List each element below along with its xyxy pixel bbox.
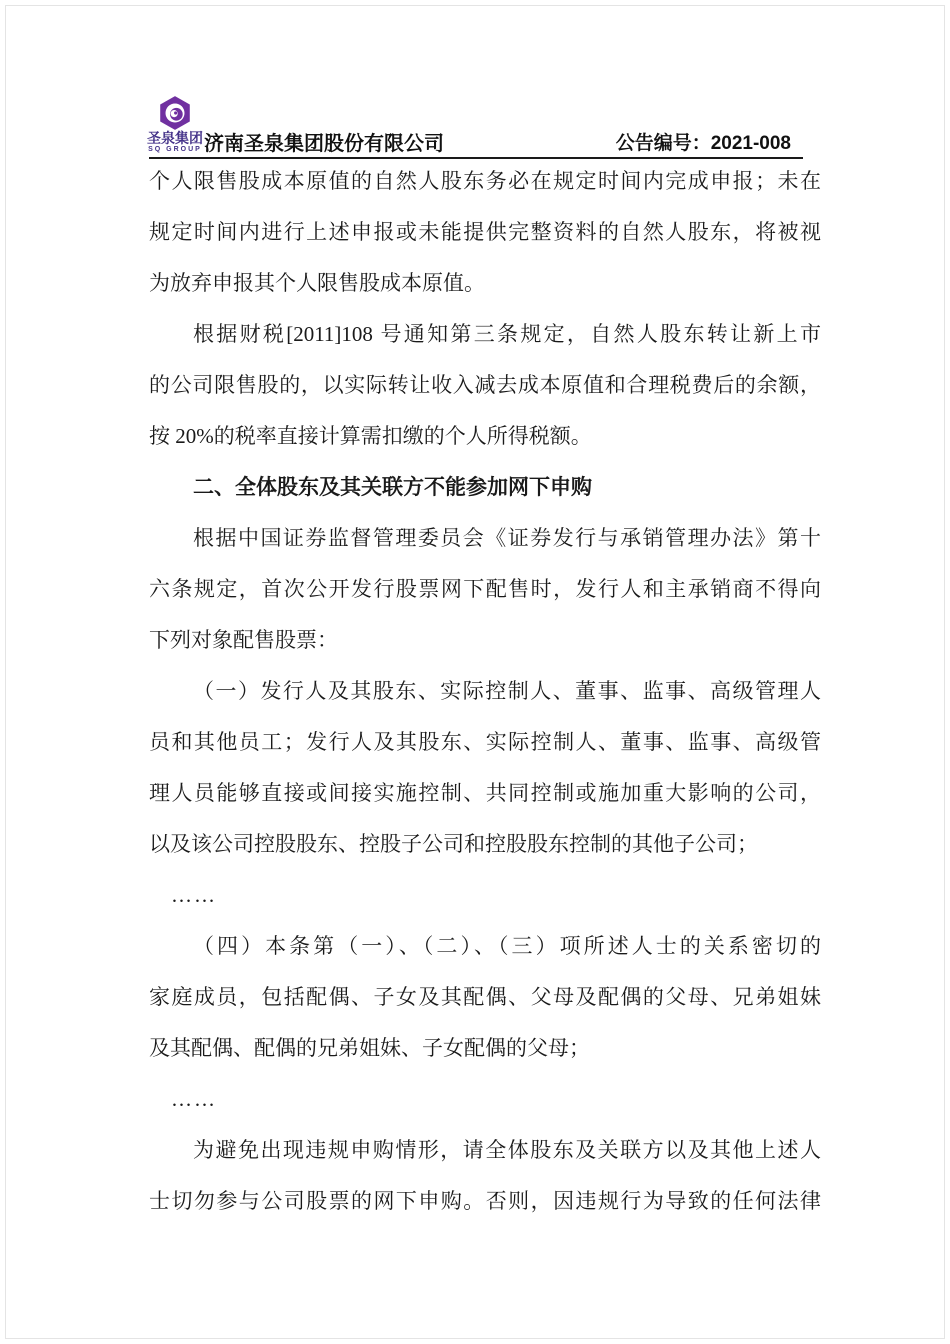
document-page: 圣泉集团 SQ GROUP 济南圣泉集团股份有限公司 公告编号：2021-008… (5, 5, 945, 1339)
body-line: 家庭成员，包括配偶、子女及其配偶、父母及配偶的父母、兄弟姐妹 (149, 972, 821, 1023)
body-line: 士切勿参与公司股票的网下申购。否则，因违规行为导致的任何法律 (149, 1176, 821, 1227)
body-line: 根据财税[2011]108 号通知第三条规定，自然人股东转让新上市 (149, 309, 821, 360)
body-line: 员和其他员工；发行人及其股东、实际控制人、董事、监事、高级管 (149, 717, 821, 768)
sq-group-logo-icon (156, 95, 194, 131)
body-line: 为放弃申报其个人限售股成本原值。 (149, 258, 821, 309)
body-line: 理人员能够直接或间接实施控制、共同控制或施加重大影响的公司， (149, 768, 821, 819)
body-line: 及其配偶、配偶的兄弟姐妹、子女配偶的父母； (149, 1023, 821, 1074)
body-line: 六条规定，首次公开发行股票网下配售时，发行人和主承销商不得向 (149, 564, 821, 615)
announcement-number: 公告编号：2021-008 (616, 132, 791, 156)
body-line: 规定时间内进行上述申报或未能提供完整资料的自然人股东，将被视 (149, 207, 821, 258)
company-logo: 圣泉集团 SQ GROUP (144, 95, 206, 154)
body-line: 下列对象配售股票： (149, 615, 821, 666)
body-line: 为避免出现违规申购情形，请全体股东及关联方以及其他上述人 (149, 1125, 821, 1176)
body-line: 根据中国证券监督管理委员会《证券发行与承销管理办法》第十 (149, 513, 821, 564)
document-body: 个人限售股成本原值的自然人股东务必在规定时间内完成申报；未在 规定时间内进行上述… (149, 156, 821, 1227)
body-line: （四）本条第（一）、（二）、（三）项所述人士的关系密切的 (149, 921, 821, 972)
logo-cn-text: 圣泉集团 (144, 131, 206, 145)
logo-en-text: SQ GROUP (144, 145, 206, 154)
ellipsis-line: …… (149, 1074, 821, 1125)
body-line: 个人限售股成本原值的自然人股东务必在规定时间内完成申报；未在 (149, 156, 821, 207)
body-line: 的公司限售股的，以实际转让收入减去成本原值和合理税费后的余额， (149, 360, 821, 411)
body-line: （一）发行人及其股东、实际控制人、董事、监事、高级管理人 (149, 666, 821, 717)
section-heading: 二、全体股东及其关联方不能参加网下申购 (149, 462, 821, 513)
body-line: 按 20%的税率直接计算需扣缴的个人所得税额。 (149, 411, 821, 462)
screenshot-canvas: 圣泉集团 SQ GROUP 济南圣泉集团股份有限公司 公告编号：2021-008… (0, 0, 950, 1344)
company-name: 济南圣泉集团股份有限公司 (204, 132, 444, 156)
body-line: 以及该公司控股股东、控股子公司和控股股东控制的其他子公司； (149, 819, 821, 870)
ellipsis-line: …… (149, 870, 821, 921)
